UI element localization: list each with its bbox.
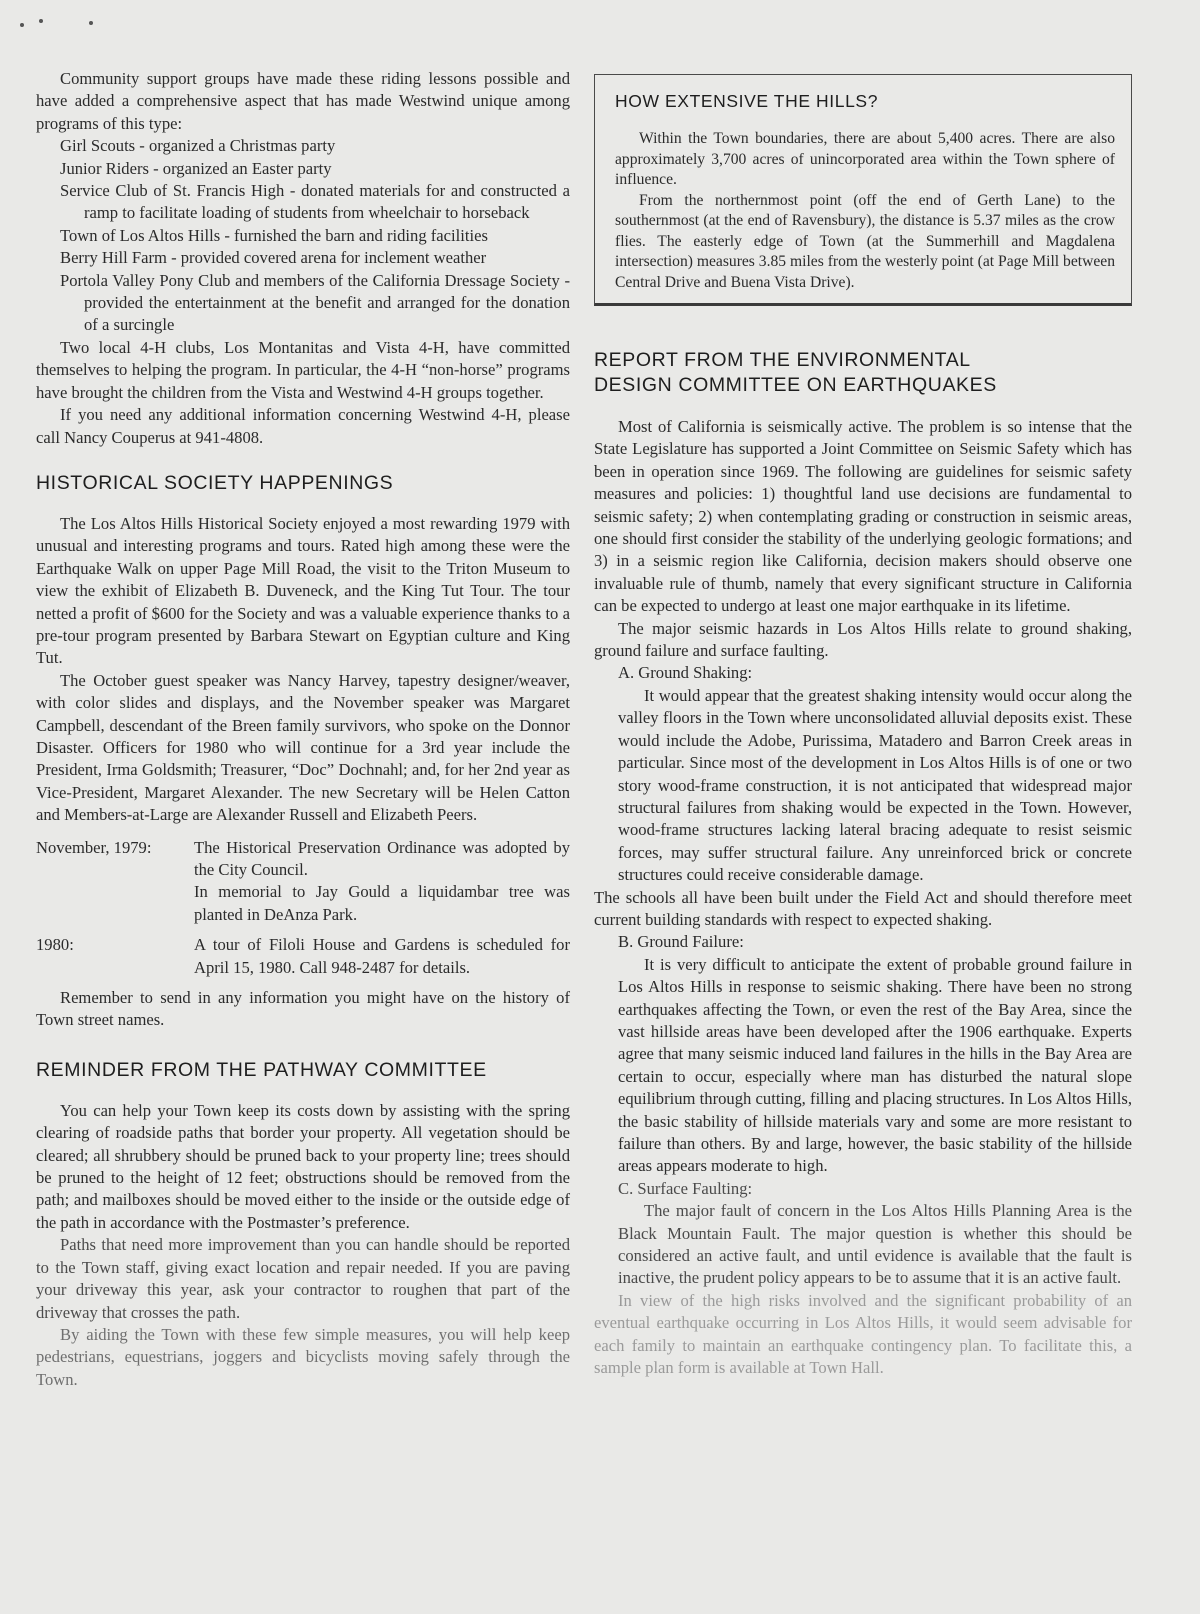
subsection-note: The schools all have been built under th… (594, 887, 1132, 932)
heading-line: REPORT FROM THE ENVIRONMENTAL (594, 349, 971, 371)
closing-paragraph: In view of the high risks involved and t… (594, 1290, 1132, 1380)
supporter-item: Junior Riders - organized an Easter part… (36, 158, 570, 180)
timeline-entry: In memorial to Jay Gould a liquidambar t… (194, 881, 570, 926)
subsection-ground-shaking: A. Ground Shaking: It would appear that … (594, 662, 1132, 931)
body-paragraph: The Los Altos Hills Historical Society e… (36, 513, 570, 670)
subsection-body: It would appear that the greatest shakin… (594, 685, 1132, 887)
closing-paragraph: Remember to send in any information you … (36, 987, 570, 1032)
subsection-surface-faulting: C. Surface Faulting: The major fault of … (594, 1178, 1132, 1290)
body-paragraph: Paths that need more improvement than yo… (36, 1234, 570, 1324)
scan-speck (39, 19, 43, 23)
scan-specks (0, 0, 200, 40)
heading-line: DESIGN COMMITTEE ON EARTHQUAKES (594, 374, 997, 396)
intro-paragraph: Community support groups have made these… (36, 68, 570, 135)
timeline-date: 1980: (36, 934, 194, 987)
box-paragraph: Within the Town boundaries, there are ab… (615, 129, 1115, 191)
intro-paragraph: Most of California is seismically active… (594, 416, 1132, 618)
section-heading: REPORT FROM THE ENVIRONMENTAL DESIGN COM… (594, 348, 1132, 398)
section-heading: REMINDER FROM THE PATHWAY COMMITTEE (36, 1058, 570, 1082)
supporter-item: Town of Los Altos Hills - furnished the … (36, 225, 570, 247)
subsection-label: C. Surface Faulting: (594, 1178, 1132, 1200)
historical-society-section: HISTORICAL SOCIETY HAPPENINGS The Los Al… (36, 471, 570, 1032)
subsection-body: It is very difficult to anticipate the e… (594, 954, 1132, 1178)
timeline-entries: The Historical Preservation Ordinance wa… (194, 837, 570, 935)
supporter-item: Berry Hill Farm - provided covered arena… (36, 247, 570, 269)
subsection-label: B. Ground Failure: (594, 931, 1132, 953)
pathway-committee-section: REMINDER FROM THE PATHWAY COMMITTEE You … (36, 1058, 570, 1391)
earthquake-report-section: REPORT FROM THE ENVIRONMENTAL DESIGN COM… (594, 348, 1132, 1379)
hills-sidebar-box: HOW EXTENSIVE THE HILLS? Within the Town… (594, 74, 1132, 306)
section-heading: HISTORICAL SOCIETY HAPPENINGS (36, 471, 570, 495)
body-paragraph: You can help your Town keep its costs do… (36, 1100, 570, 1234)
timeline-entry: The Historical Preservation Ordinance wa… (194, 837, 570, 882)
contact-paragraph: If you need any additional information c… (36, 404, 570, 449)
supporter-item: Portola Valley Pony Club and members of … (36, 270, 570, 337)
timeline-entries: A tour of Filoli House and Gardens is sc… (194, 934, 570, 987)
supporter-item: Girl Scouts - organized a Christmas part… (36, 135, 570, 157)
timeline-entry: A tour of Filoli House and Gardens is sc… (194, 934, 570, 979)
supporter-item: Service Club of St. Francis High - donat… (36, 180, 570, 225)
body-paragraph: By aiding the Town with these few simple… (36, 1324, 570, 1391)
westwind-support-section: Community support groups have made these… (36, 68, 570, 449)
scan-speck (89, 21, 93, 25)
timeline-date: November, 1979: (36, 837, 194, 935)
subsection-ground-failure: B. Ground Failure: It is very difficult … (594, 931, 1132, 1177)
hazards-paragraph: The major seismic hazards in Los Altos H… (594, 618, 1132, 663)
box-heading: HOW EXTENSIVE THE HILLS? (615, 89, 1115, 113)
body-paragraph: The October guest speaker was Nancy Harv… (36, 670, 570, 827)
right-column: HOW EXTENSIVE THE HILLS? Within the Town… (594, 68, 1132, 1379)
box-paragraph: From the northernmost point (off the end… (615, 191, 1115, 294)
left-column: Community support groups have made these… (36, 68, 570, 1391)
subsection-body: The major fault of concern in the Los Al… (594, 1200, 1132, 1290)
scan-speck (20, 23, 24, 27)
subsection-label: A. Ground Shaking: (594, 662, 1132, 684)
events-timeline: November, 1979: The Historical Preservat… (36, 837, 570, 987)
four-h-paragraph: Two local 4-H clubs, Los Montanitas and … (36, 337, 570, 404)
